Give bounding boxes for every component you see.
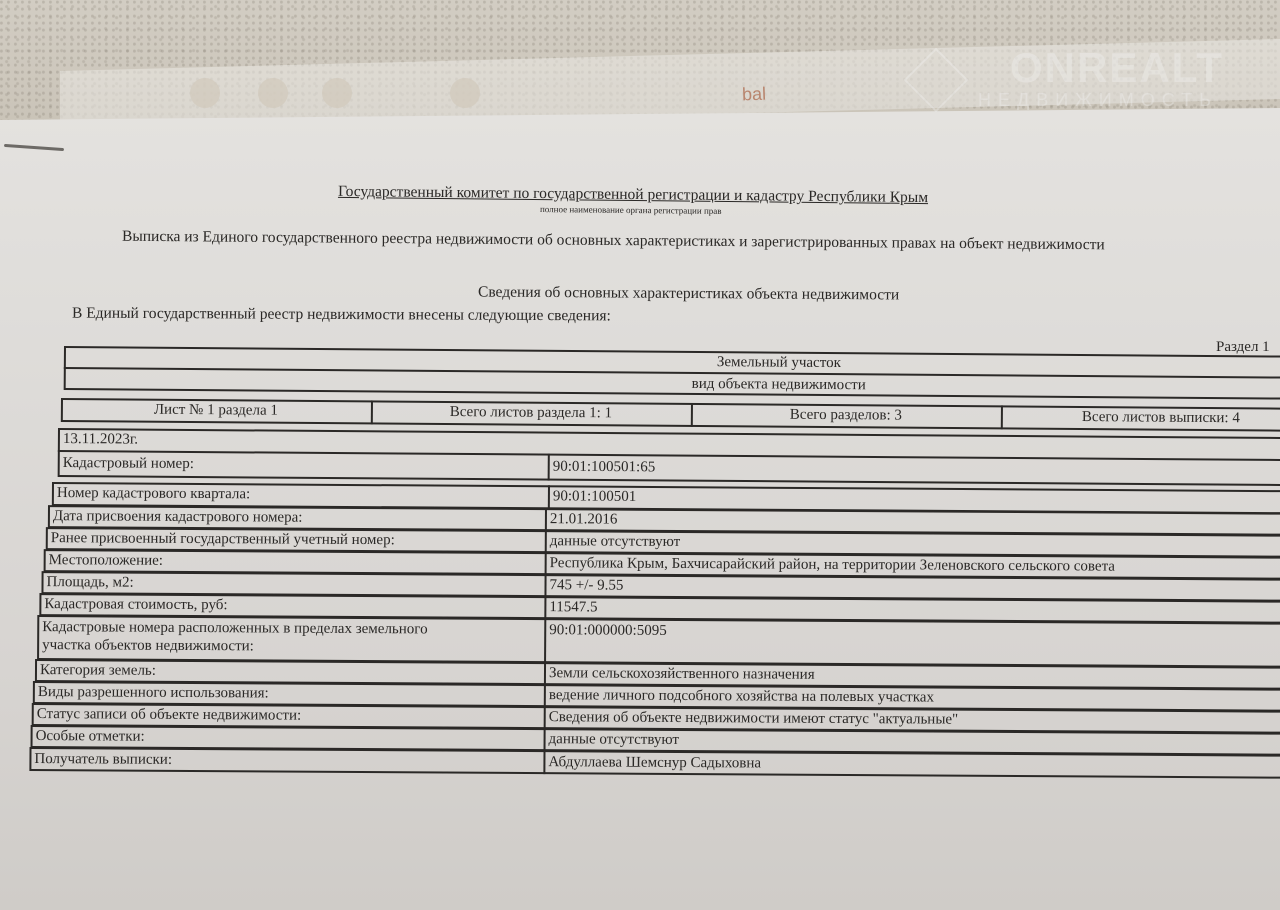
film-dot	[258, 78, 288, 108]
cadastral-number-label: Кадастровый номер:	[60, 454, 540, 476]
sheets-in-section: Всего листов раздела 1: 1	[371, 402, 691, 423]
watermark-logo-icon	[904, 48, 968, 112]
row-label: Категория земель:	[37, 661, 527, 682]
row-label-line2: участка объектов недвижимости:	[39, 636, 539, 657]
row-label: Площадь, м2:	[43, 573, 533, 594]
extract-date: 13.11.2023г.	[60, 430, 460, 451]
section-title: Сведения об основных характеристиках объ…	[478, 284, 899, 305]
total-sheets: Всего листов выписки: 4	[1001, 407, 1280, 428]
row-label: Виды разрешенного использования:	[35, 683, 525, 704]
film-fragment-text: bal	[742, 84, 767, 106]
film-dot	[322, 78, 352, 108]
row-label: Местоположение:	[46, 551, 536, 572]
watermark-subtitle: НЕДВИЖИМОСТЬ	[978, 90, 1218, 111]
watermark: ONREALT НЕДВИЖИМОСТЬ	[890, 40, 1260, 120]
agency-note: полное наименование органа регистрации п…	[540, 204, 722, 216]
row-label: Кадастровая стоимость, руб:	[41, 595, 531, 616]
film-dot	[190, 78, 220, 108]
row-label: Статус записи об объекте недвижимости:	[34, 705, 524, 726]
intro-text: В Единый государственный реестр недвижим…	[72, 305, 611, 326]
film-dot	[450, 78, 480, 108]
watermark-brand: ONREALT	[1010, 44, 1224, 92]
section-label: Раздел 1	[1216, 339, 1270, 356]
row-label: Дата присвоения кадастрового номера:	[50, 507, 540, 528]
total-sections: Всего разделов: 3	[691, 405, 1001, 425]
row-label: Ранее присвоенный государственный учетны…	[48, 529, 538, 550]
row-label: Особые отметки:	[33, 727, 523, 748]
sheet-number: Лист № 1 раздела 1	[61, 400, 371, 420]
row-label: Номер кадастрового квартала:	[54, 484, 544, 505]
row-label: Получатель выписки:	[31, 750, 521, 771]
